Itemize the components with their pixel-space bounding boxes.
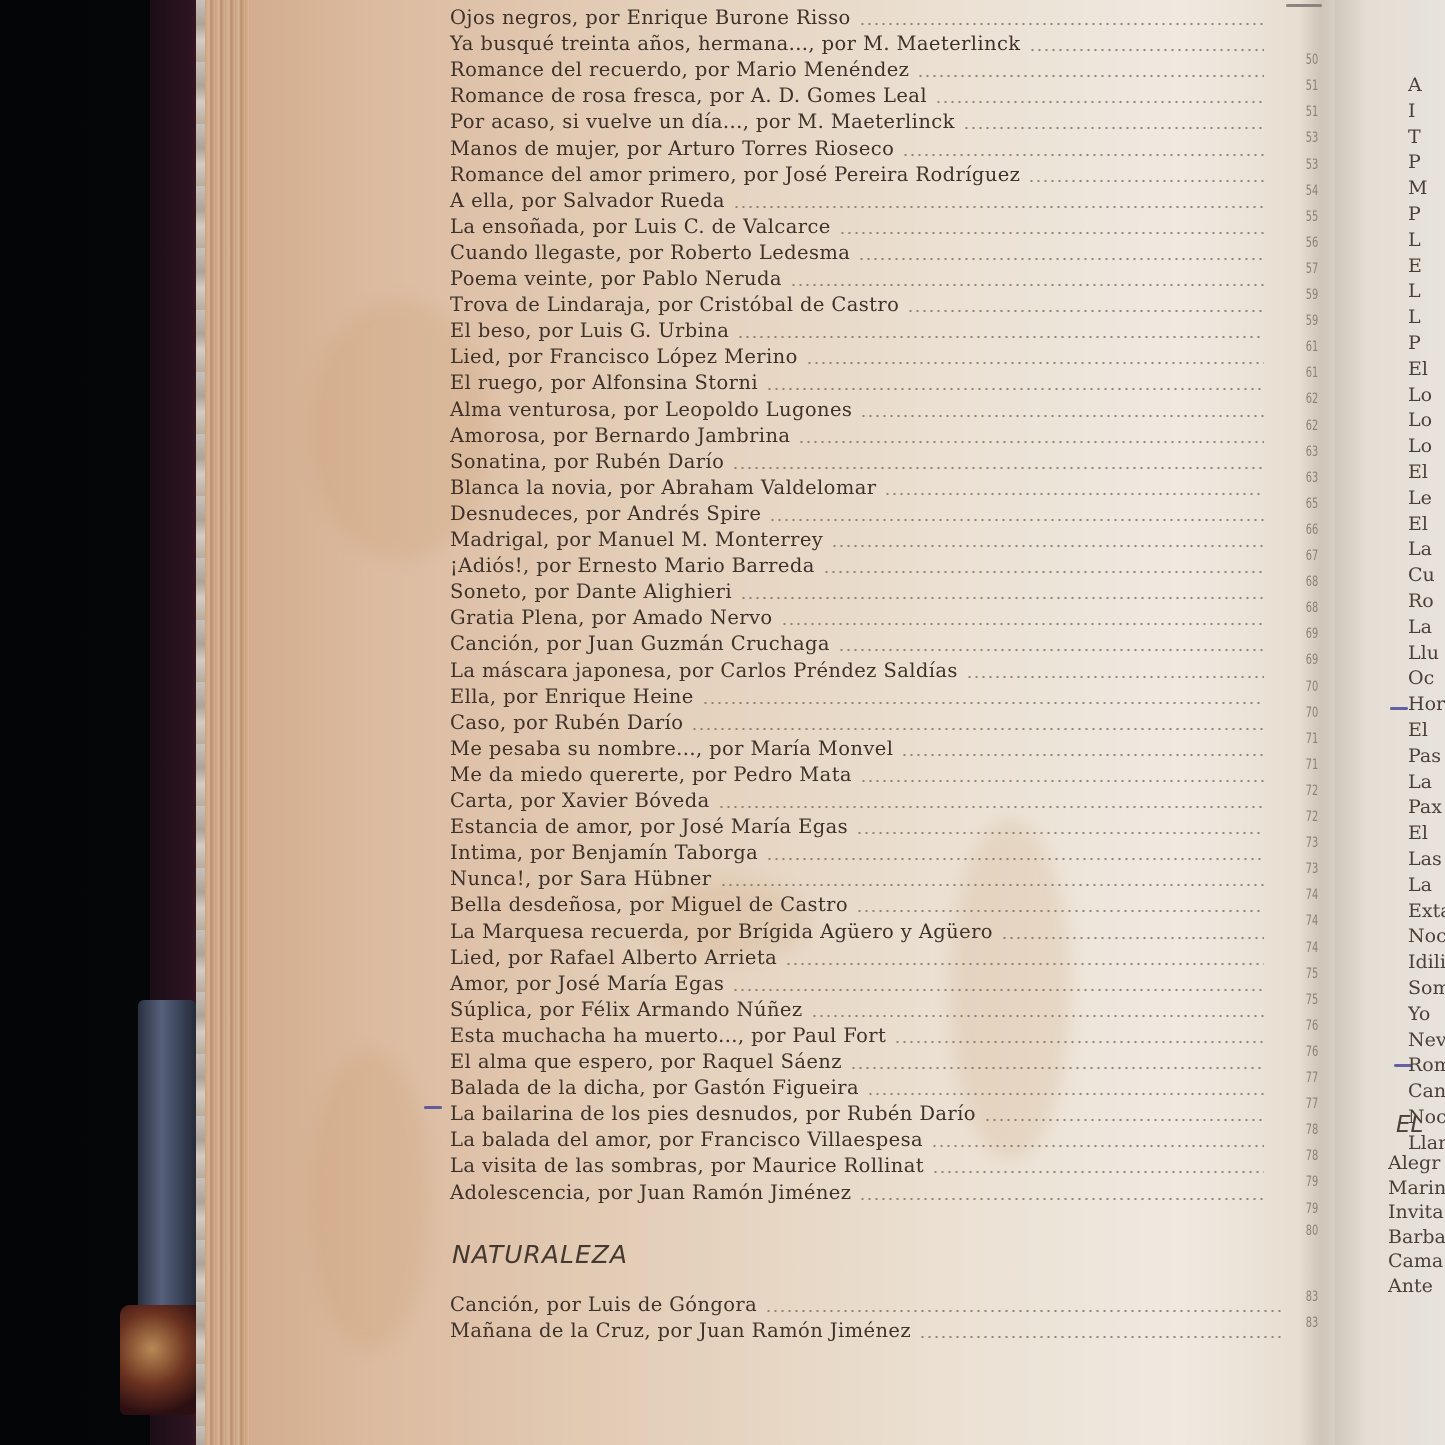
entry-title: Adolescencia, por Juan Ramón Jiménez: [450, 1181, 851, 1204]
right-page-fragment: T: [1408, 126, 1445, 152]
right-section-heading-fragment: EL: [1396, 1112, 1445, 1138]
page-number: 75: [1300, 992, 1325, 1008]
toc-entry: La balada del amor, por Francisco Villae…: [450, 1128, 1270, 1154]
page-number: 71: [1300, 731, 1325, 747]
dot-leader: [859, 1197, 1264, 1201]
pen-mark-icon: [1390, 707, 1408, 710]
page-number: 53: [1300, 130, 1325, 146]
entry-title: Nunca!, por Sara Hübner: [450, 867, 712, 890]
entry-title: Súplica, por Félix Armando Núñez: [450, 998, 803, 1021]
page-number: 54: [1300, 183, 1325, 199]
toc-entry: Romance del recuerdo, por Mario Menéndez: [450, 58, 1270, 84]
entry-title: Canción, por Luis de Góngora: [450, 1293, 757, 1316]
dot-leader: [766, 387, 1264, 391]
entry-title: Por acaso, si vuelve un día..., por M. M…: [450, 110, 955, 133]
entry-title: Ya busqué treinta años, hermana..., por …: [450, 32, 1021, 55]
entry-title: Amorosa, por Bernardo Jambrina: [450, 424, 790, 447]
toc-entry: Romance del amor primero, por José Perei…: [450, 163, 1270, 189]
dot-leader: [902, 153, 1264, 157]
dot-leader: [963, 126, 1264, 130]
entry-title: Amor, por José María Egas: [450, 972, 724, 995]
toc-entry: ¡Adiós!, por Ernesto Mario Barreda: [450, 554, 1270, 580]
right-page-fragment: Pax: [1408, 796, 1445, 822]
page-number: 65: [1300, 496, 1325, 512]
dot-leader: [732, 466, 1264, 470]
right-page-fragment: A: [1408, 74, 1445, 100]
dot-leader: [856, 831, 1264, 835]
page-number: 50: [1300, 52, 1325, 68]
dot-leader: [766, 857, 1264, 861]
right-page-fragment: Som: [1408, 977, 1445, 1003]
right-page-fragment: L: [1408, 306, 1445, 332]
right-page-fragment: La: [1408, 874, 1445, 900]
pen-mark-icon: [424, 1106, 442, 1109]
dot-leader: [798, 440, 1264, 444]
toc-entry: Adolescencia, por Juan Ramón Jiménez: [450, 1181, 1270, 1207]
entry-title: La bailarina de los pies desnudos, por R…: [450, 1102, 976, 1125]
toc-entry: Amor, por José María Egas: [450, 972, 1270, 998]
page-number: 70: [1300, 679, 1325, 695]
dot-leader: [769, 518, 1264, 522]
right-page-fragment: Rom: [1408, 1054, 1445, 1080]
toc-entry: Súplica, por Félix Armando Núñez: [450, 998, 1270, 1024]
right-page-fragment: Hor: [1408, 693, 1445, 719]
toc-entry: Lied, por Francisco López Merino: [450, 345, 1270, 371]
page-number: 74: [1300, 913, 1325, 929]
section-heading-naturaleza: NATURALEZA: [452, 1240, 628, 1269]
page-number: 51: [1300, 78, 1325, 94]
right-page-fragment: Lo: [1408, 384, 1445, 410]
right-page-fragment: Llu: [1408, 642, 1445, 668]
toc-entry: La bailarina de los pies desnudos, por R…: [450, 1102, 1270, 1128]
right-page-fragment: Cu: [1408, 564, 1445, 590]
toc-entry: Mañana de la Cruz, por Juan Ramón Jiméne…: [450, 1319, 1290, 1345]
toc-entry: Sonatina, por Rubén Darío: [450, 450, 1270, 476]
page-number: 73: [1300, 835, 1325, 851]
entry-title: Me da miedo quererte, por Pedro Mata: [450, 763, 852, 786]
right-page-fragment: Noc: [1408, 925, 1445, 951]
dot-leader: [860, 779, 1264, 783]
page-number: 53: [1300, 157, 1325, 173]
right-page-fragment: Ro: [1408, 590, 1445, 616]
right-page-fragment: Le: [1408, 487, 1445, 513]
page-number: 77: [1300, 1096, 1325, 1112]
dot-leader: [781, 622, 1264, 626]
toc-entry: Trova de Lindaraja, por Cristóbal de Cas…: [450, 293, 1270, 319]
dot-leader: [966, 675, 1264, 679]
page-number: 69: [1300, 652, 1325, 668]
page-number: 74: [1300, 940, 1325, 956]
entry-title: Ojos negros, por Enrique Burone Risso: [450, 6, 851, 29]
page-number: 83: [1300, 1315, 1325, 1331]
toc-entry: Blanca la novia, por Abraham Valdelomar: [450, 476, 1270, 502]
dot-leader: [1028, 179, 1264, 183]
page-number: 61: [1300, 339, 1325, 355]
page-number: 71: [1300, 757, 1325, 773]
dot-leader: [894, 1040, 1264, 1044]
entry-title: Intima, por Benjamín Taborga: [450, 841, 758, 864]
top-rule: [1286, 4, 1322, 7]
dot-leader: [718, 805, 1264, 809]
dot-leader: [839, 231, 1264, 235]
entry-title: La visita de las sombras, por Maurice Ro…: [450, 1154, 924, 1177]
entry-title: Poema veinte, por Pablo Neruda: [450, 267, 782, 290]
entry-title: La ensoñada, por Luis C. de Valcarce: [450, 215, 831, 238]
toc-entry: El beso, por Luis G. Urbina: [450, 319, 1270, 345]
right-page-fragment: El: [1408, 513, 1445, 539]
toc-entry: Caso, por Rubén Darío: [450, 711, 1270, 737]
page-number: 70: [1300, 705, 1325, 721]
right-page-fragment: La: [1408, 616, 1445, 642]
toc-entry: Me pesaba su nombre..., por María Monvel: [450, 737, 1270, 763]
page-number: 78: [1300, 1122, 1325, 1138]
toc-entry: Intima, por Benjamín Taborga: [450, 841, 1270, 867]
entry-title: El ruego, por Alfonsina Storni: [450, 371, 758, 394]
dot-leader: [931, 1144, 1264, 1148]
entry-title: ¡Adiós!, por Ernesto Mario Barreda: [450, 554, 815, 577]
entry-title: Lied, por Francisco López Merino: [450, 345, 798, 368]
entry-title: Cuando llegaste, por Roberto Ledesma: [450, 241, 850, 264]
right-page-fragment: El: [1408, 719, 1445, 745]
dot-leader: [811, 1014, 1264, 1018]
dot-leader: [1029, 48, 1264, 52]
toc-entry: Canción, por Luis de Góngora: [450, 1293, 1290, 1319]
toc-entry: Canción, por Juan Guzmán Cruchaga: [450, 632, 1270, 658]
entry-title: Esta muchacha ha muerto..., por Paul For…: [450, 1024, 886, 1047]
page-number: 67: [1300, 548, 1325, 564]
toc-entry: Esta muchacha ha muerto..., por Paul For…: [450, 1024, 1270, 1050]
book-cover-edge: [138, 1000, 196, 1320]
right-page-fragment: Barba: [1388, 1226, 1445, 1252]
toc-entry: La visita de las sombras, por Maurice Ro…: [450, 1154, 1270, 1180]
toc-entry: Lied, por Rafael Alberto Arrieta: [450, 946, 1270, 972]
dot-leader: [919, 1335, 1284, 1339]
toc-entry: El alma que espero, por Raquel Sáenz: [450, 1050, 1270, 1076]
dot-leader: [860, 414, 1264, 418]
page-number: 75: [1300, 966, 1325, 982]
page-number: 83: [1300, 1289, 1325, 1305]
right-page-fragment: Marin: [1388, 1177, 1445, 1203]
entry-title: Alma venturosa, por Leopoldo Lugones: [450, 398, 852, 421]
dot-leader: [732, 988, 1264, 992]
entry-title: Romance del amor primero, por José Perei…: [450, 163, 1020, 186]
entry-title: Me pesaba su nombre..., por María Monvel: [450, 737, 893, 760]
right-page-fragment: Las: [1408, 848, 1445, 874]
toc-entry: Romance de rosa fresca, por A. D. Gomes …: [450, 84, 1270, 110]
dot-leader: [901, 753, 1264, 757]
page-number: 79: [1300, 1174, 1325, 1190]
right-page-fragment: El: [1408, 358, 1445, 384]
toc-entry: A ella, por Salvador Rueda: [450, 189, 1270, 215]
entry-title: El alma que espero, por Raquel Sáenz: [450, 1050, 842, 1073]
toc-entry: Ya busqué treinta años, hermana..., por …: [450, 32, 1270, 58]
dot-leader: [850, 1066, 1264, 1070]
dot-leader: [917, 74, 1264, 78]
toc-entry: Nunca!, por Sara Hübner: [450, 867, 1270, 893]
dot-leader: [838, 648, 1264, 652]
entry-title: A ella, por Salvador Rueda: [450, 189, 725, 212]
entry-title: Blanca la novia, por Abraham Valdelomar: [450, 476, 876, 499]
page-number: 51: [1300, 104, 1325, 120]
entry-title: Manos de mujer, por Arturo Torres Riosec…: [450, 137, 894, 160]
dot-leader: [740, 596, 1264, 600]
right-page-fragment: La: [1408, 538, 1445, 564]
dot-leader: [984, 1118, 1264, 1122]
entry-title: Caso, por Rubén Darío: [450, 711, 683, 734]
page-number: 74: [1300, 887, 1325, 903]
right-page-fragment: Lo: [1408, 435, 1445, 461]
dot-leader: [858, 257, 1264, 261]
right-page-fragment: Exta: [1408, 900, 1445, 926]
entry-title: La Marquesa recuerda, por Brígida Agüero…: [450, 920, 993, 943]
page-number: 79: [1300, 1201, 1325, 1217]
toc-entry: La ensoñada, por Luis C. de Valcarce: [450, 215, 1270, 241]
dot-leader: [765, 1309, 1284, 1313]
page-number: 59: [1300, 313, 1325, 329]
entry-title: El beso, por Luis G. Urbina: [450, 319, 729, 342]
right-page-fragment: M: [1408, 177, 1445, 203]
toc-entry: Cuando llegaste, por Roberto Ledesma: [450, 241, 1270, 267]
page-number: 76: [1300, 1018, 1325, 1034]
right-page-fragment: P: [1408, 151, 1445, 177]
entry-title: Sonatina, por Rubén Darío: [450, 450, 724, 473]
toc-entry: La Marquesa recuerda, por Brígida Agüero…: [450, 920, 1270, 946]
dot-leader: [1001, 936, 1264, 940]
dot-leader: [737, 335, 1264, 339]
right-page-fragment: P: [1408, 332, 1445, 358]
toc-entry: Amorosa, por Bernardo Jambrina: [450, 424, 1270, 450]
dot-leader: [691, 727, 1264, 731]
entry-title: Carta, por Xavier Bóveda: [450, 789, 710, 812]
toc-entry: Carta, por Xavier Bóveda: [450, 789, 1270, 815]
toc-entry: Desnudeces, por Andrés Spire: [450, 502, 1270, 528]
toc-entry: Alma venturosa, por Leopoldo Lugones: [450, 398, 1270, 424]
page-number: 72: [1300, 809, 1325, 825]
page-number: 57: [1300, 261, 1325, 277]
toc-entry: La máscara japonesa, por Carlos Préndez …: [450, 659, 1270, 685]
page-number: 69: [1300, 626, 1325, 642]
right-page-fragment: Lo: [1408, 409, 1445, 435]
dot-leader: [935, 100, 1264, 104]
page-number: 73: [1300, 861, 1325, 877]
right-page-fragment: Nev: [1408, 1029, 1445, 1055]
dot-leader: [859, 22, 1264, 26]
dot-leader: [702, 701, 1264, 705]
entry-title: Lied, por Rafael Alberto Arrieta: [450, 946, 777, 969]
toc-entry: Bella desdeñosa, por Miguel de Castro: [450, 893, 1270, 919]
toc-entry: Balada de la dicha, por Gastón Figueira: [450, 1076, 1270, 1102]
toc-entry: Por acaso, si vuelve un día..., por M. M…: [450, 110, 1270, 136]
dot-leader: [884, 492, 1264, 496]
entry-title: Romance de rosa fresca, por A. D. Gomes …: [450, 84, 927, 107]
right-page-fragment: I: [1408, 100, 1445, 126]
page-number: 78: [1300, 1148, 1325, 1164]
entry-title: Trova de Lindaraja, por Cristóbal de Cas…: [450, 293, 899, 316]
right-page-fragment: P: [1408, 203, 1445, 229]
dot-leader: [932, 1170, 1264, 1174]
right-page-fragment: L: [1408, 280, 1445, 306]
page-number: 62: [1300, 391, 1325, 407]
entry-title: Estancia de amor, por José María Egas: [450, 815, 848, 838]
right-page-fragment: Pas: [1408, 745, 1445, 771]
page-number: 68: [1300, 600, 1325, 616]
page-number: 63: [1300, 444, 1325, 460]
entry-title: Soneto, por Dante Alighieri: [450, 580, 732, 603]
entry-title: Balada de la dicha, por Gastón Figueira: [450, 1076, 859, 1099]
dot-leader: [907, 309, 1264, 313]
toc-entry: Me da miedo quererte, por Pedro Mata: [450, 763, 1270, 789]
dot-leader: [720, 883, 1264, 887]
page-number: 59: [1300, 287, 1325, 303]
right-page-fragment: El: [1408, 461, 1445, 487]
dot-leader: [785, 962, 1264, 966]
dot-leader: [806, 361, 1264, 365]
right-page-fragment: Invita: [1388, 1201, 1445, 1227]
dot-leader: [856, 909, 1264, 913]
page-number: 68: [1300, 574, 1325, 590]
toc-entry: Manos de mujer, por Arturo Torres Riosec…: [450, 137, 1270, 163]
page-number: 61: [1300, 365, 1325, 381]
entry-title: Canción, por Juan Guzmán Cruchaga: [450, 632, 830, 655]
entry-title: Romance del recuerdo, por Mario Menéndez: [450, 58, 909, 81]
right-page-fragment: El: [1408, 822, 1445, 848]
entry-title: Desnudeces, por Andrés Spire: [450, 502, 761, 525]
right-page-fragment: Canc: [1408, 1080, 1445, 1106]
right-page-fragment: Cama: [1388, 1250, 1445, 1276]
right-page-fragment: Oc: [1408, 667, 1445, 693]
page-number: 62: [1300, 418, 1325, 434]
page-number: 63: [1300, 470, 1325, 486]
right-page-fragment: Yo: [1408, 1003, 1445, 1029]
entry-title: Ella, por Enrique Heine: [450, 685, 694, 708]
page-number: 80: [1300, 1223, 1325, 1239]
right-page-fragment: Alegr: [1388, 1152, 1445, 1178]
right-page-fragment: L: [1408, 229, 1445, 255]
dot-leader: [831, 544, 1264, 548]
entry-title: La máscara japonesa, por Carlos Préndez …: [450, 659, 958, 682]
dot-leader: [867, 1092, 1264, 1096]
dot-leader: [733, 205, 1264, 209]
right-page-fragment: Ante: [1388, 1275, 1445, 1301]
page-number: 56: [1300, 235, 1325, 251]
entry-title: La balada del amor, por Francisco Villae…: [450, 1128, 923, 1151]
right-page-fragment: La: [1408, 771, 1445, 797]
entry-title: Mañana de la Cruz, por Juan Ramón Jiméne…: [450, 1319, 911, 1342]
toc-entry: Estancia de amor, por José María Egas: [450, 815, 1270, 841]
toc-entry: Ella, por Enrique Heine: [450, 685, 1270, 711]
toc-entry: Madrigal, por Manuel M. Monterrey: [450, 528, 1270, 554]
page-number: 72: [1300, 783, 1325, 799]
toc-entry: Soneto, por Dante Alighieri: [450, 580, 1270, 606]
book-cover-corner: [120, 1305, 200, 1415]
entry-title: Gratia Plena, por Amado Nervo: [450, 606, 773, 629]
toc-entry: El ruego, por Alfonsina Storni: [450, 371, 1270, 397]
toc-entry: Gratia Plena, por Amado Nervo: [450, 606, 1270, 632]
toc-entry: Ojos negros, por Enrique Burone Risso: [450, 6, 1270, 32]
page-number: 66: [1300, 522, 1325, 538]
toc-entry: Poema veinte, por Pablo Neruda: [450, 267, 1270, 293]
page-number: 77: [1300, 1070, 1325, 1086]
page-number: 76: [1300, 1044, 1325, 1060]
dot-leader: [823, 570, 1264, 574]
dot-leader: [790, 283, 1264, 287]
paper-stain: [310, 1050, 430, 1350]
entry-title: Madrigal, por Manuel M. Monterrey: [450, 528, 823, 551]
entry-title: Bella desdeñosa, por Miguel de Castro: [450, 893, 848, 916]
page-number: 55: [1300, 209, 1325, 225]
right-page-fragment: E: [1408, 255, 1445, 281]
right-page-fragment: Idili: [1408, 951, 1445, 977]
